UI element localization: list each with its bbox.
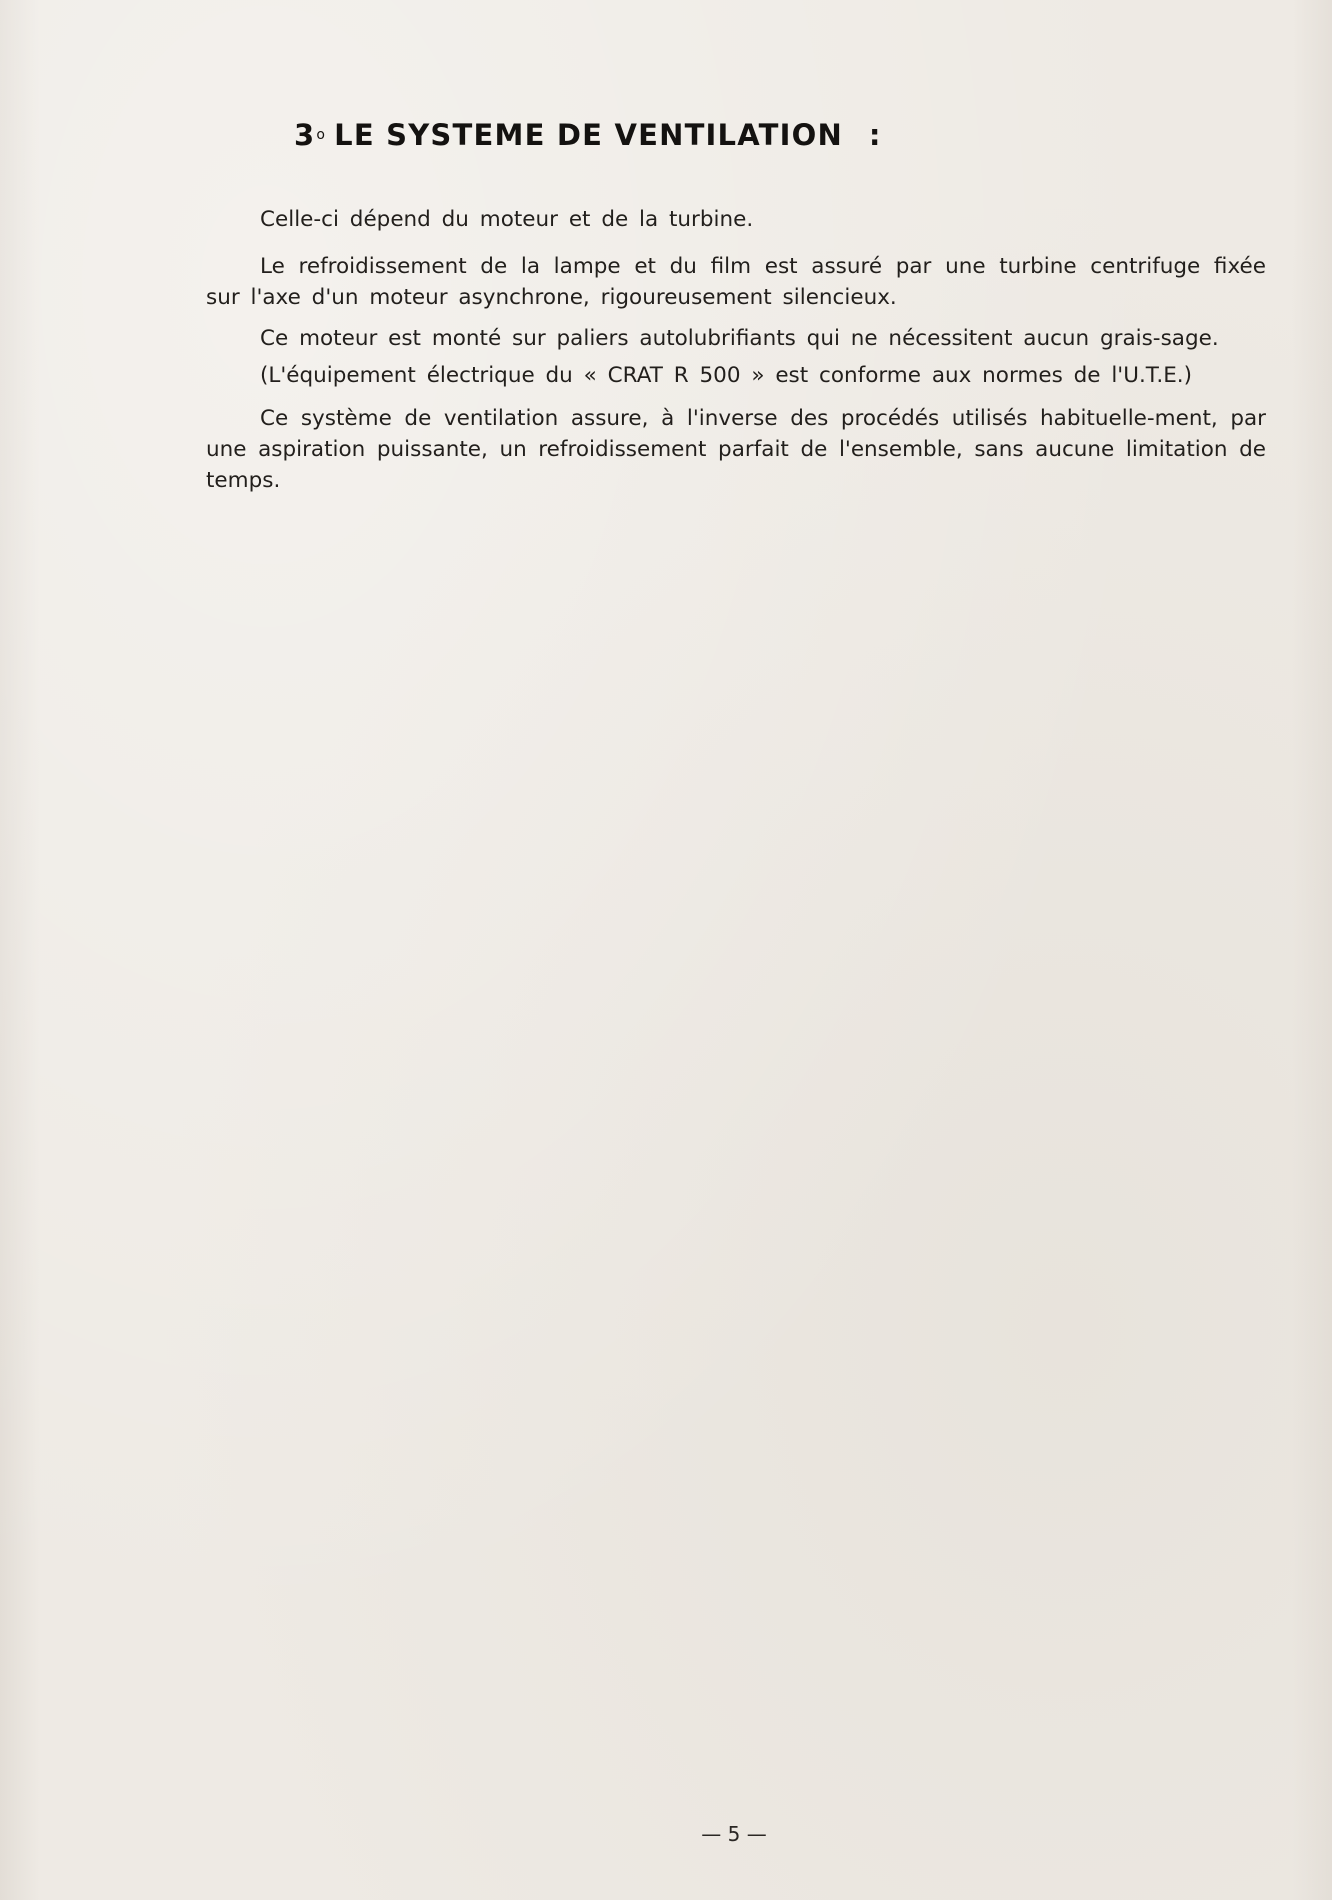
paragraph-ventilation-system: Ce système de ventilation assure, à l'in… [206,403,1266,496]
page-number: — 5 — [0,1822,1332,1846]
paragraph-intro: Celle-ci dépend du moteur et de la turbi… [206,204,1266,235]
degree-sign: o [316,127,326,143]
paragraph-electrical-standard: (L'équipement électrique du « CRAT R 500… [206,360,1266,391]
body-text: Celle-ci dépend du moteur et de la turbi… [206,204,1266,496]
section-heading: 3oLE SYSTEME DE VENTILATION: [294,118,882,152]
heading-colon: : [869,118,882,152]
paragraph-cooling: Le refroidissement de la lampe et du fil… [206,251,1266,313]
section-number: 3 [294,118,315,152]
paragraph-motor-bearings: Ce moteur est monté sur paliers autolubr… [206,323,1266,354]
section-title: LE SYSTEME DE VENTILATION [334,118,843,152]
